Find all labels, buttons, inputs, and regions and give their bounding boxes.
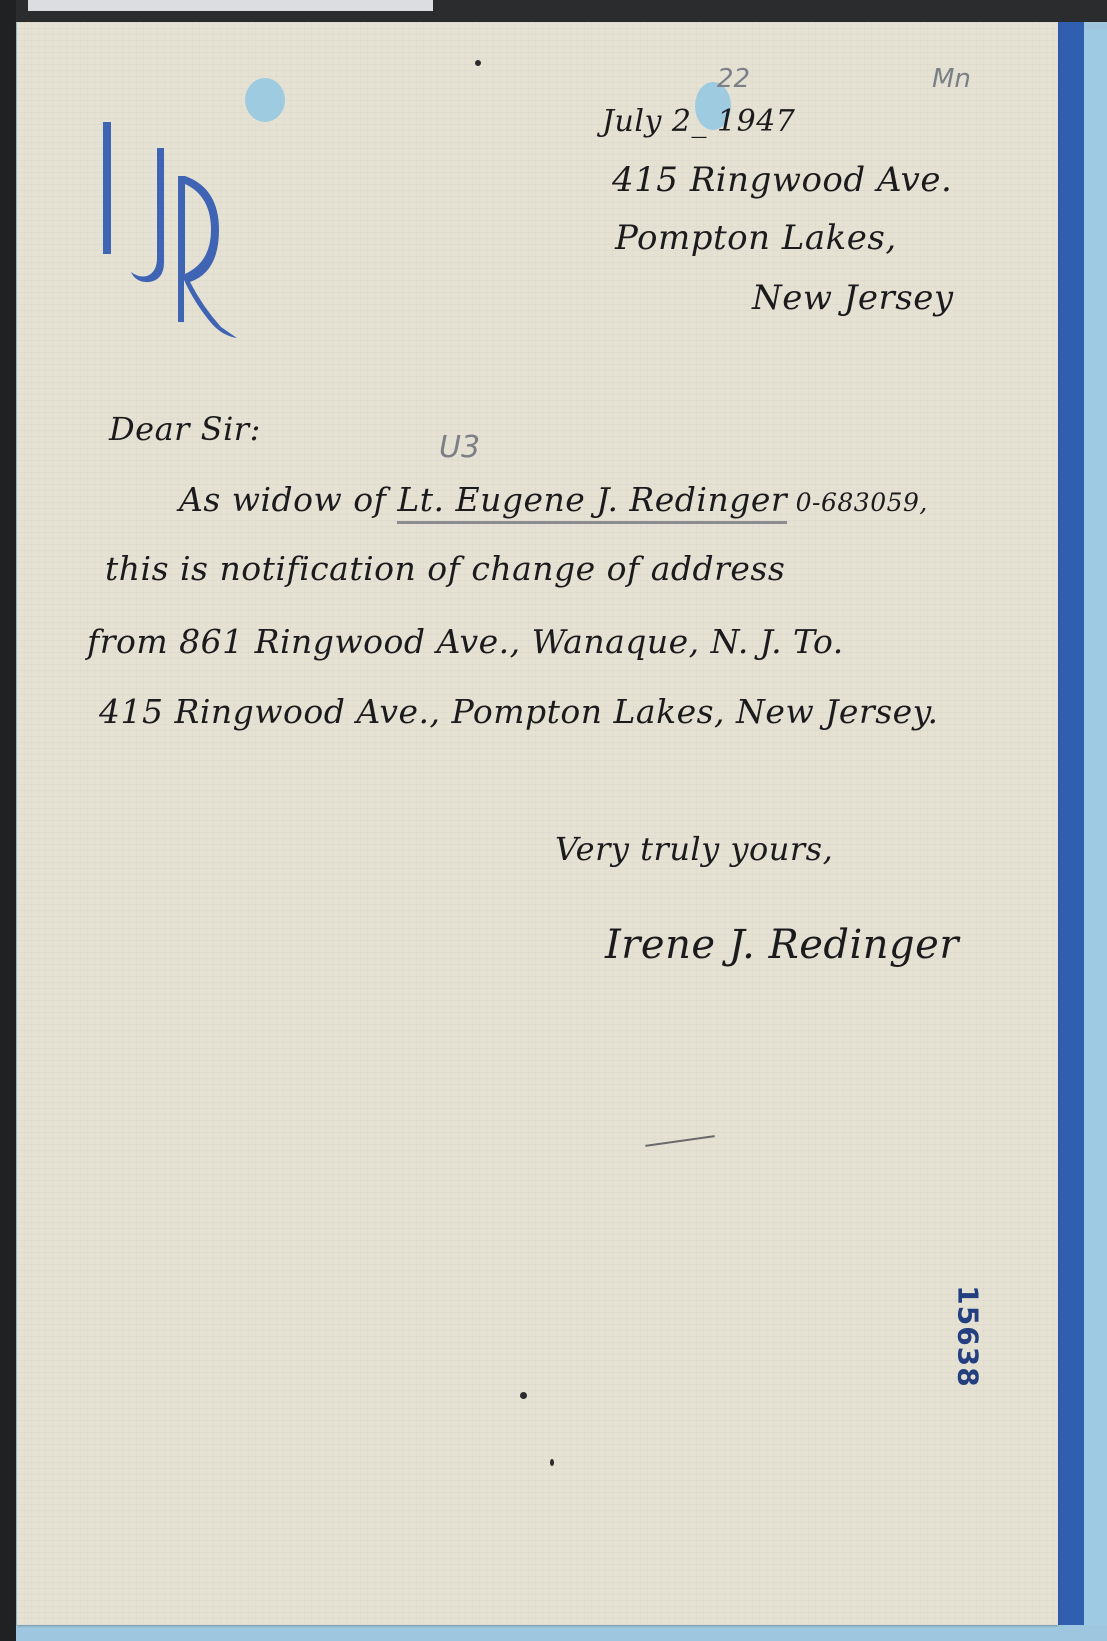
sender-address-line-2: Pompton Lakes, xyxy=(615,218,897,258)
sender-address-line-1: 415 Ringwood Ave. xyxy=(612,160,952,200)
body-line-3: from 861 Ringwood Ave., Wanaque, N. J. T… xyxy=(87,622,844,661)
monogram-icon xyxy=(91,122,241,362)
sender-address-line-3: New Jersey xyxy=(752,278,954,318)
punch-hole xyxy=(245,78,285,122)
body-line-2: this is notification of change of addres… xyxy=(105,549,785,588)
pencil-initials: Mn xyxy=(932,64,971,94)
light-blue-backing xyxy=(1084,30,1107,1641)
stamped-file-number: 15638 xyxy=(952,1285,985,1387)
pencil-annotation: U3 xyxy=(439,430,480,465)
deceased-name: Lt. Eugene J. Redinger xyxy=(397,480,787,524)
letter-page: 22 Mn July 2_ 1947 415 Ringwood Ave. Pom… xyxy=(17,22,1058,1625)
ink-speck xyxy=(550,1459,554,1466)
ink-speck xyxy=(475,60,481,66)
scanner-frame-left xyxy=(0,0,16,1641)
signature: Irene J. Redinger xyxy=(605,922,959,968)
body-line-4: 415 Ringwood Ave., Pompton Lakes, New Je… xyxy=(99,692,938,731)
service-number: 0-683059, xyxy=(787,488,928,517)
date-correction: 22 xyxy=(717,64,750,94)
light-blue-backing-bottom xyxy=(16,1625,1107,1641)
ink-speck xyxy=(520,1392,527,1399)
monogram-ijr xyxy=(91,122,241,362)
body-line-1-prefix: As widow of xyxy=(179,480,397,519)
adjacent-page-strip xyxy=(28,0,433,11)
body-line-1: As widow of Lt. Eugene J. Redinger 0-683… xyxy=(179,480,928,519)
letter-date: July 2_ 1947 xyxy=(602,104,795,139)
salutation: Dear Sir: xyxy=(109,410,261,448)
closing: Very truly yours, xyxy=(555,830,833,868)
blue-backing-band xyxy=(1058,22,1084,1632)
stray-pen-mark xyxy=(645,1135,715,1147)
